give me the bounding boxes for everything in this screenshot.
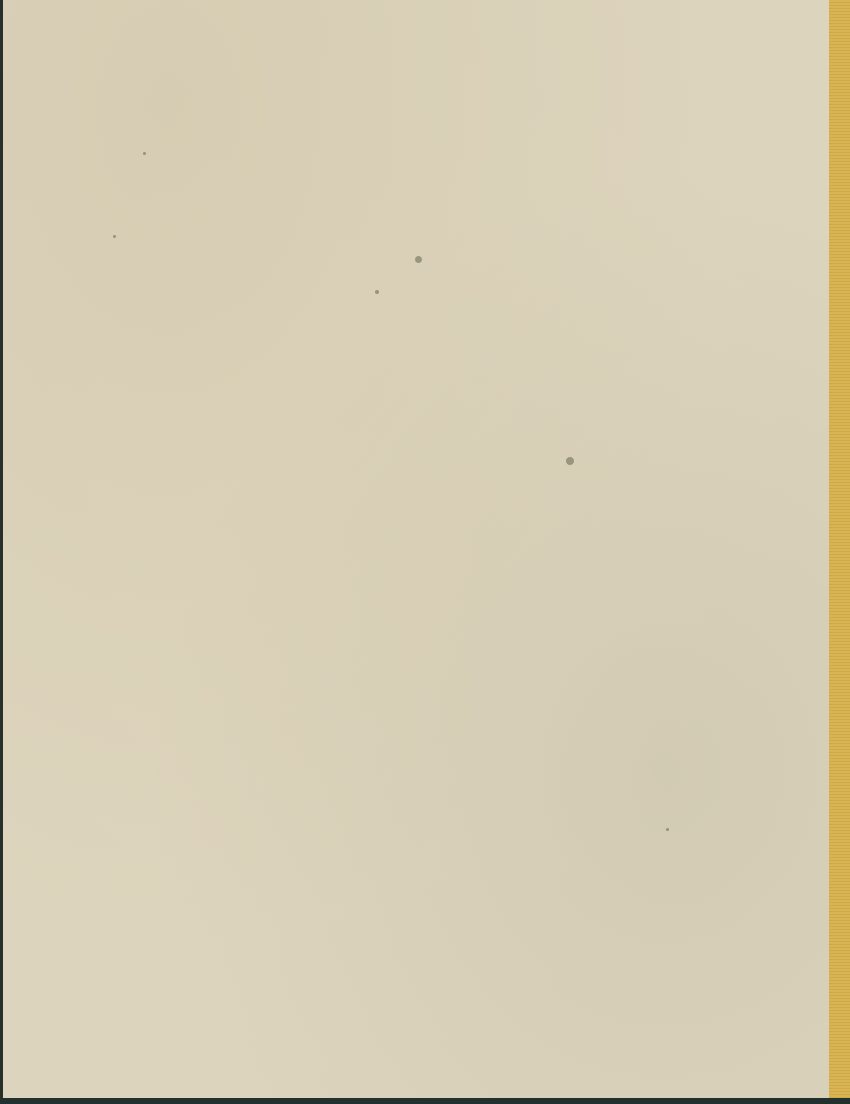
paper-speck xyxy=(113,235,116,238)
page-edge xyxy=(0,1098,850,1104)
paper-speck xyxy=(143,152,146,155)
blank-page xyxy=(3,0,832,1100)
paper-speck xyxy=(375,290,379,294)
paper-speck xyxy=(566,457,574,465)
paper-speck xyxy=(666,828,669,831)
cloth-spine xyxy=(829,0,850,1100)
paper-speck xyxy=(415,256,422,263)
